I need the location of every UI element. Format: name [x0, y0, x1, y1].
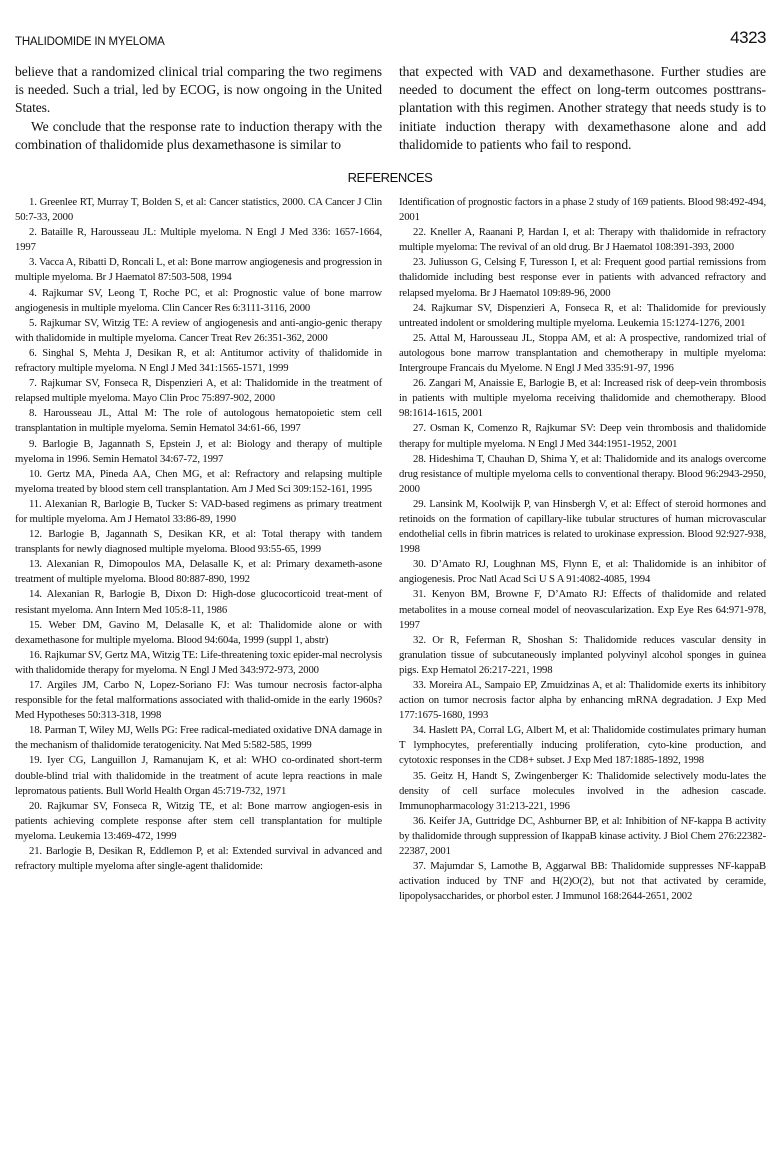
- reference-item: 30. D’Amato RJ, Loughnan MS, Flynn E, et…: [399, 557, 766, 587]
- body-paragraph: that expected with VAD and dexamethasone…: [399, 63, 766, 154]
- reference-item: 6. Singhal S, Mehta J, Desikan R, et al:…: [15, 346, 382, 376]
- reference-item: 16. Rajkumar SV, Gertz MA, Witzig TE: Li…: [15, 648, 382, 678]
- reference-item: 37. Majumdar S, Lamothe B, Aggarwal BB: …: [399, 859, 766, 904]
- reference-item: 3. Vacca A, Ribatti D, Roncali L, et al:…: [15, 255, 382, 285]
- reference-item: 22. Kneller A, Raanani P, Hardan I, et a…: [399, 225, 766, 255]
- reference-item: 13. Alexanian R, Dimopoulos MA, Delasall…: [15, 557, 382, 587]
- body-column-left: believe that a randomized clinical trial…: [15, 63, 382, 154]
- reference-item: 26. Zangari M, Anaissie E, Barlogie B, e…: [399, 376, 766, 421]
- running-head: THALIDOMIDE IN MYELOMA 4323: [15, 26, 766, 48]
- reference-item: 36. Keifer JA, Guttridge DC, Ashburner B…: [399, 814, 766, 859]
- references-column-left: 1. Greenlee RT, Murray T, Bolden S, et a…: [15, 195, 382, 904]
- references-list: 1. Greenlee RT, Murray T, Bolden S, et a…: [15, 195, 766, 904]
- reference-item: 20. Rajkumar SV, Fonseca R, Witzig TE, e…: [15, 799, 382, 844]
- reference-item: 25. Attal M, Harousseau JL, Stoppa AM, e…: [399, 331, 766, 376]
- reference-continuation: Identification of prognostic factors in …: [399, 195, 766, 225]
- reference-item: 21. Barlogie B, Desikan R, Eddlemon P, e…: [15, 844, 382, 874]
- reference-item: 24. Rajkumar SV, Dispenzieri A, Fonseca …: [399, 301, 766, 331]
- body-paragraph: believe that a randomized clinical trial…: [15, 63, 382, 118]
- reference-item: 1. Greenlee RT, Murray T, Bolden S, et a…: [15, 195, 382, 225]
- body-paragraph: We conclude that the response rate to in…: [15, 118, 382, 154]
- reference-item: 17. Argiles JM, Carbo N, Lopez-Soriano F…: [15, 678, 382, 723]
- references-heading: REFERENCES: [0, 170, 780, 185]
- reference-item: 7. Rajkumar SV, Fonseca R, Dispenzieri A…: [15, 376, 382, 406]
- reference-item: 33. Moreira AL, Sampaio EP, Zmuidzinas A…: [399, 678, 766, 723]
- reference-item: 32. Or R, Feferman R, Shoshan S: Thalido…: [399, 633, 766, 678]
- reference-item: 10. Gertz MA, Pineda AA, Chen MG, et al:…: [15, 467, 382, 497]
- reference-item: 8. Harousseau JL, Attal M: The role of a…: [15, 406, 382, 436]
- reference-item: 27. Osman K, Comenzo R, Rajkumar SV: Dee…: [399, 421, 766, 451]
- reference-item: 34. Haslett PA, Corral LG, Albert M, et …: [399, 723, 766, 768]
- reference-item: 15. Weber DM, Gavino M, Delasalle K, et …: [15, 618, 382, 648]
- reference-item: 9. Barlogie B, Jagannath S, Epstein J, e…: [15, 437, 382, 467]
- references-column-right: Identification of prognostic factors in …: [399, 195, 766, 904]
- reference-item: 4. Rajkumar SV, Leong T, Roche PC, et al…: [15, 286, 382, 316]
- reference-item: 11. Alexanian R, Barlogie B, Tucker S: V…: [15, 497, 382, 527]
- reference-item: 12. Barlogie B, Jagannath S, Desikan KR,…: [15, 527, 382, 557]
- reference-item: 35. Geitz H, Handt S, Zwingenberger K: T…: [399, 769, 766, 814]
- body-text: believe that a randomized clinical trial…: [15, 63, 766, 154]
- journal-running-title: THALIDOMIDE IN MYELOMA: [15, 36, 165, 48]
- reference-item: 31. Kenyon BM, Browne F, D’Amato RJ: Eff…: [399, 587, 766, 632]
- body-column-right: that expected with VAD and dexamethasone…: [399, 63, 766, 154]
- page-number: 4323: [730, 28, 766, 48]
- reference-item: 18. Parman T, Wiley MJ, Wells PG: Free r…: [15, 723, 382, 753]
- reference-item: 2. Bataille R, Harousseau JL: Multiple m…: [15, 225, 382, 255]
- reference-item: 28. Hideshima T, Chauhan D, Shima Y, et …: [399, 452, 766, 497]
- reference-item: 29. Lansink M, Koolwijk P, van Hinsbergh…: [399, 497, 766, 557]
- reference-item: 19. Iyer CG, Languillon J, Ramanujam K, …: [15, 753, 382, 798]
- reference-item: 23. Juliusson G, Celsing F, Turesson I, …: [399, 255, 766, 300]
- reference-item: 5. Rajkumar SV, Witzig TE: A review of a…: [15, 316, 382, 346]
- reference-item: 14. Alexanian R, Barlogie B, Dixon D: Hi…: [15, 587, 382, 617]
